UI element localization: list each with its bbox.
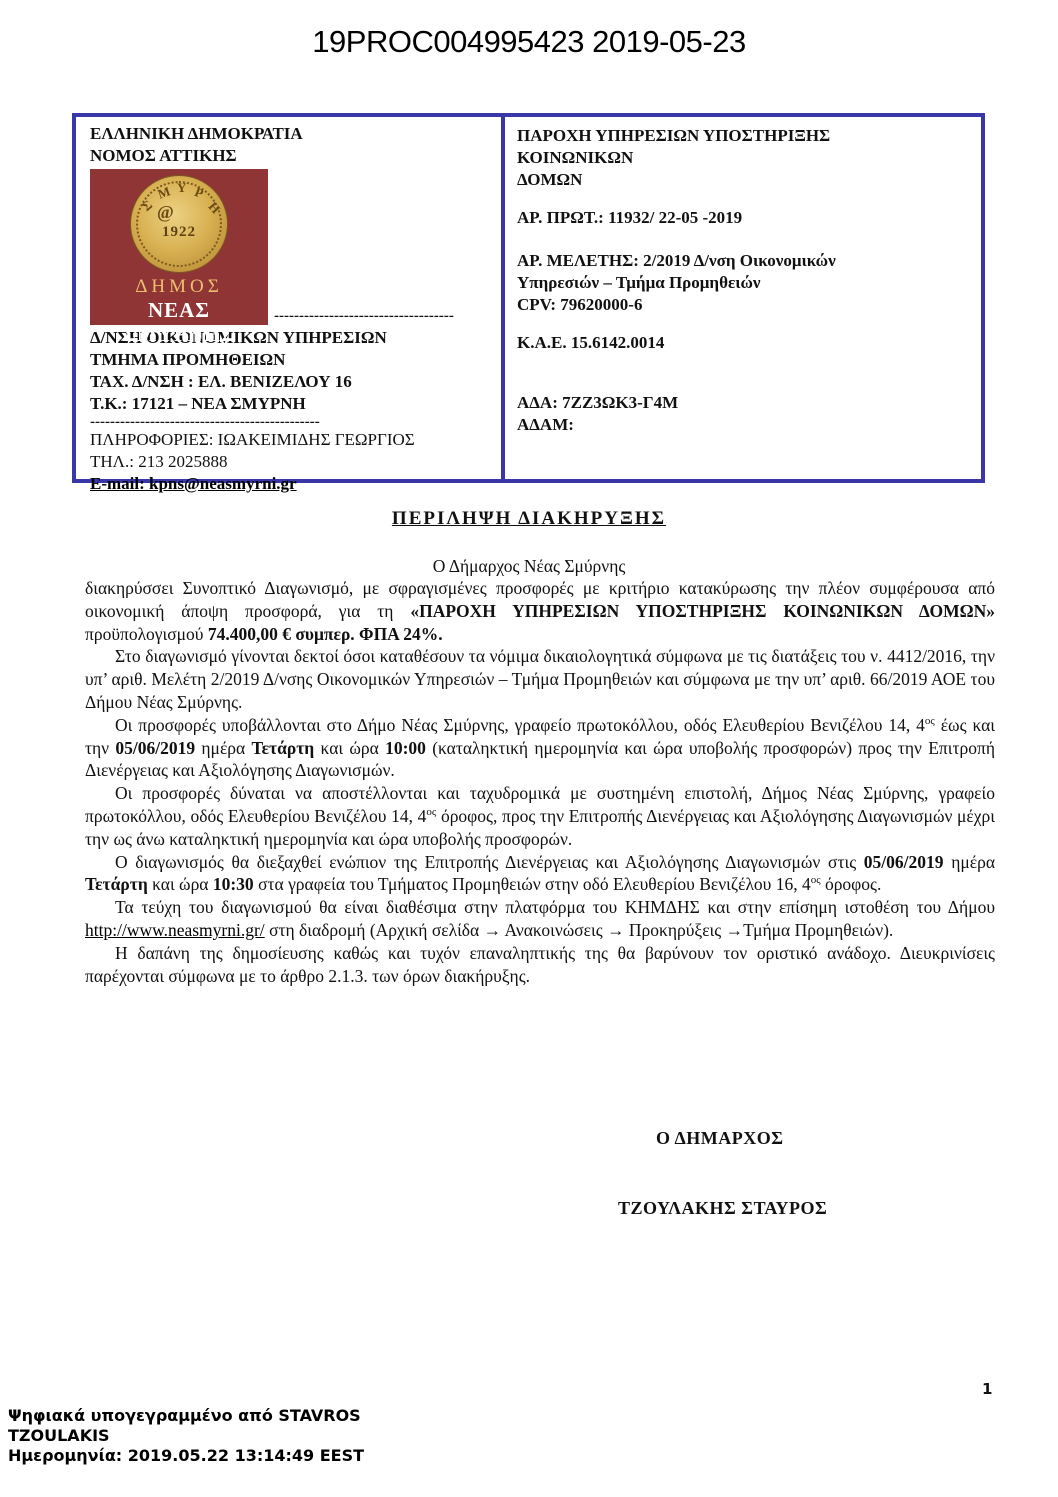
text-run: Η δαπάνη της δημοσίευσης καθώς και τυχόν… bbox=[85, 943, 995, 986]
digital-signature-line: TZOULAKIS bbox=[8, 1426, 364, 1446]
adam-line: ΑΔΑΜ: bbox=[517, 414, 971, 436]
department-line: Τ.Κ.: 17121 – ΝΕΑ ΣΜΥΡΝΗ bbox=[90, 393, 491, 415]
coin-year: 1922 bbox=[131, 224, 227, 241]
department-line: ΤΜΗΜΑ ΠΡΟΜΗΘΕΙΩΝ bbox=[90, 349, 491, 371]
text-run: και ώρα bbox=[148, 874, 213, 894]
dashed-divider: ------------------------------------ bbox=[274, 309, 454, 325]
letterhead-left-column: ΕΛΛΗΝΙΚΗ ΔΗΜΟΚΡΑΤΙΑ ΝΟΜΟΣ ΑΤΤΙΚΗΣ Σ Μ Υ … bbox=[76, 117, 505, 479]
coin-letter: Υ bbox=[177, 180, 186, 196]
paragraph-6: Τα τεύχη του διαγωνισμού θα είναι διαθέσ… bbox=[85, 896, 995, 942]
study-number-line: ΑΡ. ΜΕΛΕΤΗΣ: 2/2019 Δ/νση Οικονομικών bbox=[517, 250, 971, 272]
spacer bbox=[517, 316, 971, 332]
deadline-time-bold: 10:00 bbox=[385, 738, 426, 758]
study-number-line: Υπηρεσιών – Τμήμα Προμηθειών bbox=[517, 272, 971, 294]
contract-title-bold: «ΠΑΡΟΧΗ ΥΠΗΡΕΣΙΩΝ ΥΠΟΣΤΗΡΙΞΗΣ ΚΟΙΝΩΝΙΚΩΝ… bbox=[410, 601, 995, 621]
coin-spiral-motif: @ bbox=[157, 202, 174, 223]
logo-row: Σ Μ Υ Ρ Η @ 1922 ΔΗΜΟΣ ΝΕΑΣ ΣΜΥΡΝΗΣ ----… bbox=[90, 169, 491, 325]
text-run: στα γραφεία του Τμήματος Προμηθειών στην… bbox=[254, 874, 811, 894]
contact-phone-line: ΤΗΛ.: 213 2025888 bbox=[90, 451, 491, 473]
republic-line: ΕΛΛΗΝΙΚΗ ΔΗΜΟΚΡΑΤΙΑ bbox=[90, 123, 491, 145]
mayor-subheading: Ο Δήμαρχος Νέας Σμύρνης bbox=[0, 556, 1058, 577]
coin-letter: Σ bbox=[139, 197, 156, 215]
coin-letter: Η bbox=[205, 199, 224, 217]
ada-line: ΑΔΑ: 7ΖΖ3ΩΚ3-Γ4Μ bbox=[517, 392, 971, 414]
signature-role: Ο ΔΗΜΑΡΧΟΣ bbox=[656, 1128, 784, 1149]
page-number: 1 bbox=[982, 1380, 992, 1398]
budget-amount-bold: 74.400,00 € συμπερ. ΦΠΑ 24%. bbox=[208, 624, 443, 644]
ordinal-superscript: ος bbox=[811, 875, 821, 887]
protocol-number-line: ΑΡ. ΠΡΩΤ.: 11932/ 22-05 -2019 bbox=[517, 207, 971, 229]
text-run: Οι προσφορές υποβάλλονται στο Δήμο Νέας … bbox=[115, 715, 925, 735]
paragraph-5: Ο διαγωνισμός θα διεξαχθεί ενώπιον της Ε… bbox=[85, 851, 995, 897]
letterhead-box: ΕΛΛΗΝΙΚΗ ΔΗΜΟΚΡΑΤΙΑ ΝΟΜΟΣ ΑΤΤΙΚΗΣ Σ Μ Υ … bbox=[72, 113, 985, 483]
contact-email-link[interactable]: E-mail: kpns@neasmyrni.gr bbox=[90, 473, 491, 495]
paragraph-3: Οι προσφορές υποβάλλονται στο Δήμο Νέας … bbox=[85, 714, 995, 782]
text-run: Στο διαγωνισμό γίνονται δεκτοί όσοι κατα… bbox=[85, 646, 995, 712]
text-run: στη διαδρομή (Αρχική σελίδα → Ανακοινώσε… bbox=[265, 920, 894, 940]
text-run: ημέρα bbox=[195, 738, 251, 758]
text-run: όροφος. bbox=[821, 874, 882, 894]
paragraph-1: διακηρύσσει Συνοπτικό Διαγωνισμό, με σφρ… bbox=[85, 577, 995, 645]
municipality-website-link[interactable]: http://www.neasmyrni.gr/ bbox=[85, 920, 265, 940]
text-run: Τα τεύχη του διαγωνισμού θα είναι διαθέσ… bbox=[115, 897, 995, 917]
deadline-day-bold: Τετάρτη bbox=[251, 738, 314, 758]
subject-line: ΚΟΙΝΩΝΙΚΩΝ bbox=[517, 147, 971, 169]
text-run: και ώρα bbox=[314, 738, 385, 758]
logo-city-name: ΝΕΑΣ ΣΜΥΡΝΗΣ bbox=[90, 298, 268, 346]
coin-letter: Ρ bbox=[192, 184, 205, 202]
subject-line: ΠΑΡΟΧΗ ΥΠΗΡΕΣΙΩΝ ΥΠΟΣΤΗΡΙΞΗΣ bbox=[517, 125, 971, 147]
spacer bbox=[517, 354, 971, 392]
dashed-divider: ----------------------------------------… bbox=[90, 415, 491, 429]
coin-letter: Μ bbox=[156, 183, 173, 202]
logo-municipality-word: ΔΗΜΟΣ bbox=[90, 276, 268, 298]
opening-date-bold: 05/06/2019 bbox=[864, 852, 944, 872]
smyrni-coin-emblem: Σ Μ Υ Ρ Η @ 1922 bbox=[130, 175, 228, 273]
spacer bbox=[517, 191, 971, 207]
cpv-line: CPV: 79620000-6 bbox=[517, 294, 971, 316]
spacer bbox=[517, 229, 971, 250]
document-registry-title: 19PROC004995423 2019-05-23 bbox=[0, 24, 1058, 60]
document-page: 19PROC004995423 2019-05-23 ΕΛΛΗΝΙΚΗ ΔΗΜΟ… bbox=[0, 0, 1058, 1497]
letterhead-right-column: ΠΑΡΟΧΗ ΥΠΗΡΕΣΙΩΝ ΥΠΟΣΤΗΡΙΞΗΣ ΚΟΙΝΩΝΙΚΩΝ … bbox=[505, 117, 981, 479]
text-run: Ο διαγωνισμός θα διεξαχθεί ενώπιον της Ε… bbox=[115, 852, 864, 872]
department-line: ΤΑΧ. Δ/ΝΣΗ : ΕΛ. ΒΕΝΙΖΕΛΟΥ 16 bbox=[90, 371, 491, 393]
municipality-logo: Σ Μ Υ Ρ Η @ 1922 ΔΗΜΟΣ ΝΕΑΣ ΣΜΥΡΝΗΣ bbox=[90, 169, 268, 325]
prefecture-line: ΝΟΜΟΣ ΑΤΤΙΚΗΣ bbox=[90, 145, 491, 167]
ordinal-superscript: ος bbox=[925, 715, 935, 727]
paragraph-4: Οι προσφορές δύναται να αποστέλλονται κα… bbox=[85, 782, 995, 850]
signature-name: ΤΖΟΥΛΑΚΗΣ ΣΤΑΥΡΟΣ bbox=[618, 1198, 827, 1219]
kae-line: Κ.Α.Ε. 15.6142.0014 bbox=[517, 332, 971, 354]
deadline-date-bold: 05/06/2019 bbox=[115, 738, 195, 758]
opening-time-bold: 10:30 bbox=[213, 874, 254, 894]
paragraph-2: Στο διαγωνισμό γίνονται δεκτοί όσοι κατα… bbox=[85, 645, 995, 713]
subject-line: ΔΟΜΩΝ bbox=[517, 169, 971, 191]
ordinal-superscript: ος bbox=[426, 806, 436, 818]
text-run: προϋπολογισμού bbox=[85, 624, 208, 644]
summary-heading: ΠΕΡΙΛΗΨΗ ΔΙΑΚΗΡΥΞΗΣ bbox=[0, 508, 1058, 530]
paragraph-7: Η δαπάνη της δημοσίευσης καθώς και τυχόν… bbox=[85, 942, 995, 988]
contact-person-line: ΠΛΗΡΟΦΟΡΙΕΣ: ΙΩΑΚΕΙΜΙΔΗΣ ΓΕΩΡΓΙΟΣ bbox=[90, 429, 491, 451]
digital-signature-stamp: Ψηφιακά υπογεγραμμένο από STAVROS TZOULA… bbox=[8, 1406, 364, 1466]
digital-signature-line: Ψηφιακά υπογεγραμμένο από STAVROS bbox=[8, 1406, 364, 1426]
announcement-body: διακηρύσσει Συνοπτικό Διαγωνισμό, με σφρ… bbox=[85, 577, 995, 987]
opening-day-bold: Τετάρτη bbox=[85, 874, 148, 894]
text-run: ημέρα bbox=[944, 852, 995, 872]
digital-signature-line: Ημερομηνία: 2019.05.22 13:14:49 EEST bbox=[8, 1446, 364, 1466]
